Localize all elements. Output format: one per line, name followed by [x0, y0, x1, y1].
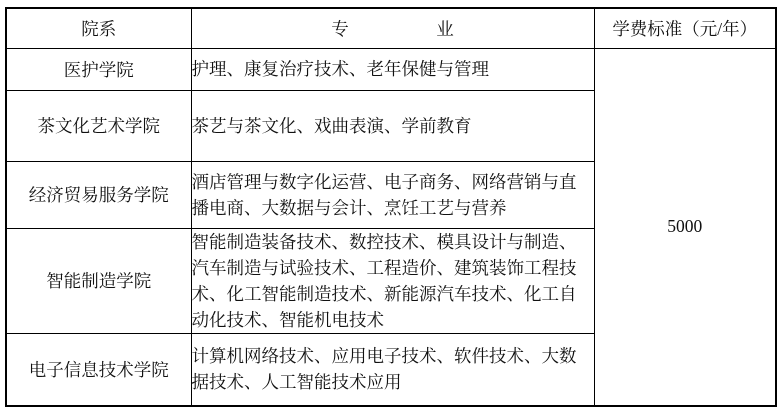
header-department: 院系 [6, 8, 191, 48]
table-header-row: 院系 专 业 学费标准（元/年） [6, 8, 776, 48]
header-fee: 学费标准（元/年） [594, 8, 776, 48]
document-page: 院系 专 业 学费标准（元/年） 医护学院 护理、康复治疗技术、老年保健与管理 … [0, 0, 780, 410]
majors-cell: 酒店管理与数字化运营、电子商务、网络营销与直播电商、大数据与会计、烹饪工艺与营养 [191, 161, 594, 228]
table-row: 医护学院 护理、康复治疗技术、老年保健与管理 5000 [6, 48, 776, 90]
fee-cell: 5000 [594, 48, 776, 406]
header-major: 专 业 [191, 8, 594, 48]
department-cell: 智能制造学院 [6, 228, 191, 333]
department-cell: 电子信息技术学院 [6, 333, 191, 406]
department-cell: 医护学院 [6, 48, 191, 90]
majors-cell: 护理、康复治疗技术、老年保健与管理 [191, 48, 594, 90]
tuition-table: 院系 专 业 学费标准（元/年） 医护学院 护理、康复治疗技术、老年保健与管理 … [5, 7, 777, 407]
majors-cell: 茶艺与茶文化、戏曲表演、学前教育 [191, 90, 594, 161]
department-cell: 经济贸易服务学院 [6, 161, 191, 228]
majors-cell: 智能制造装备技术、数控技术、模具设计与制造、汽车制造与试验技术、工程造价、建筑装… [191, 228, 594, 333]
department-cell: 茶文化艺术学院 [6, 90, 191, 161]
majors-cell: 计算机网络技术、应用电子技术、软件技术、大数据技术、人工智能技术应用 [191, 333, 594, 406]
